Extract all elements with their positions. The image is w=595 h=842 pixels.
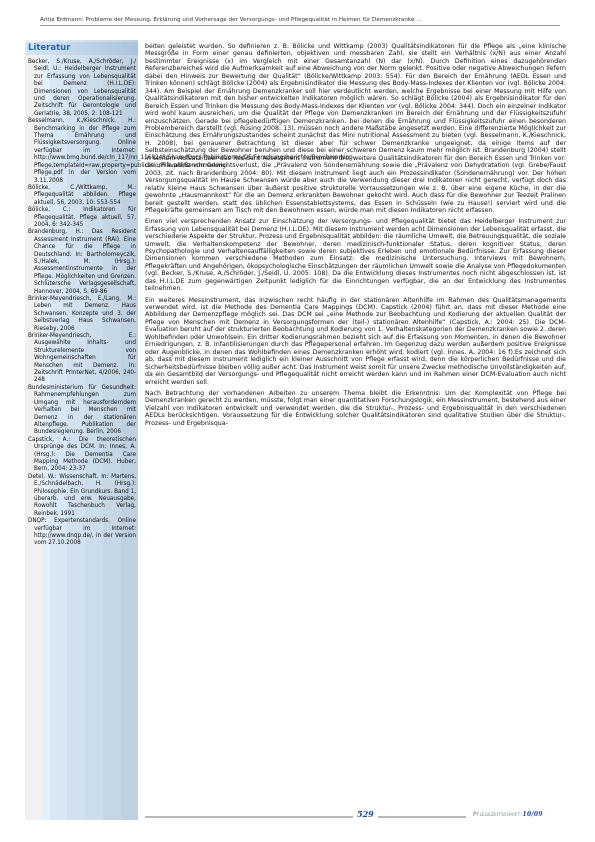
reference-item: Brinker-Meyendriesch, E./Lang, M.: Leben… (28, 296, 136, 333)
article-body: beiten geleistet wurden. So definieren z… (145, 43, 566, 431)
page-number: 529 (353, 809, 378, 819)
journal-issue: 10/09 (522, 811, 542, 818)
references-title: Literatur (25, 42, 138, 55)
references-sidebar: Literatur Becker, S./Kruse, A./Schröder,… (25, 40, 138, 820)
journal-name: Pflegezeitschrift (473, 811, 520, 818)
reference-item: Bundesministerium für Gesundheit: Rahmen… (28, 385, 136, 437)
reference-item: Capstick, A.: Die theoretischen Ursprüng… (28, 437, 136, 474)
reference-item: Brandenburg, H.: Das Resident Assessment… (28, 229, 136, 296)
body-paragraph: Einen viel versprechenden Ansatz zur Ein… (145, 218, 566, 293)
reference-item: DNQP: Expertenstandards. Online verfügba… (28, 518, 136, 548)
reference-item: Brinker-Meyendriesch, E.: Ausgewählte In… (28, 333, 136, 385)
running-header: Antje Erdmann: Probleme der Messung, Erk… (40, 17, 560, 26)
body-paragraph: Ein weiteres Messinstrument, das inzwisc… (145, 297, 566, 386)
references-list: Becker, S./Kruse, A./Schröder, J./ Seidl… (25, 59, 138, 548)
reference-item: Becker, S./Kruse, A./Schröder, J./ Seidl… (28, 59, 136, 118)
body-paragraph: beiten geleistet wurden. So definieren z… (145, 43, 566, 214)
reference-item: Bölicke, C./Wittkamp, M.: Pflegequalität… (28, 185, 136, 207)
body-paragraph: Nach Betrachtung der vorhandenen Arbeite… (145, 390, 566, 427)
reference-item: Besselmann, K./Kieschnick, H.: Benchmark… (28, 118, 136, 185)
reference-item: Bölicke, C.: Indikatoren für Pflegequali… (28, 207, 136, 229)
reference-item: Detel, W.: Wissenschaft. In: Martens, E.… (28, 474, 136, 518)
journal-label: Pflegezeitschrift 10/09 (473, 811, 543, 818)
footer-rule (145, 816, 466, 818)
